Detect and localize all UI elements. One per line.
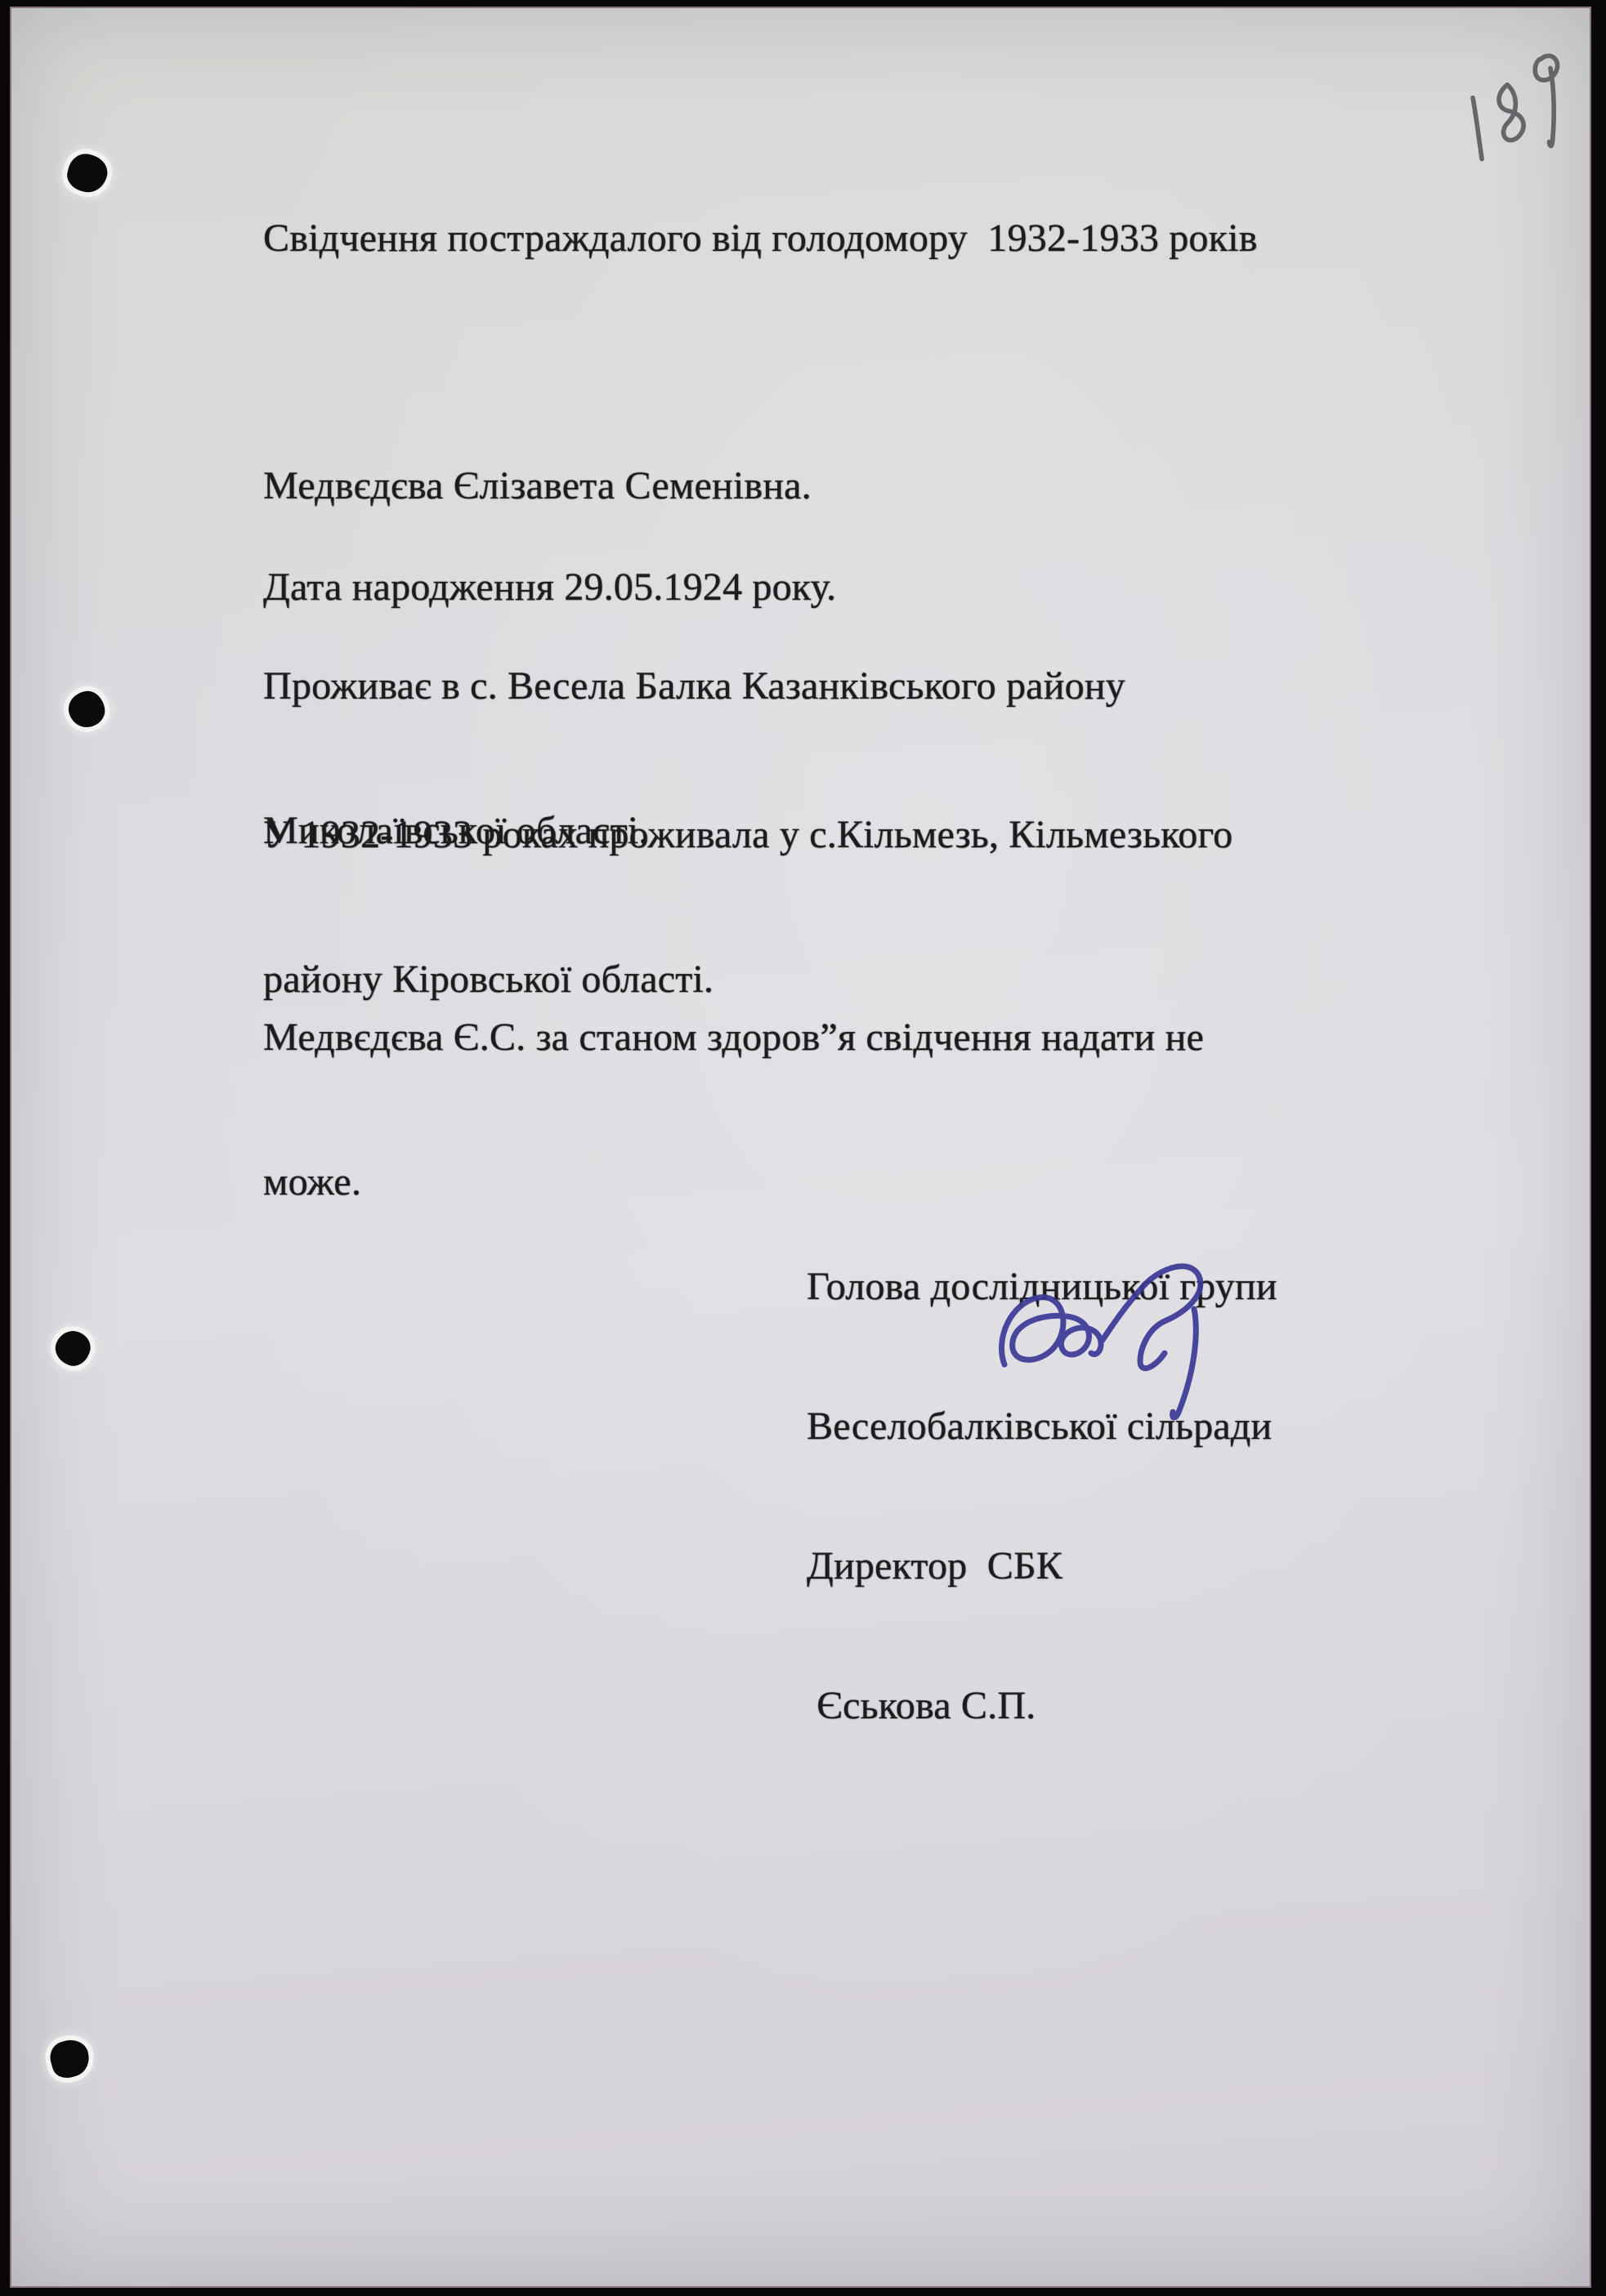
paragraph-line: Медвєдєва Є.С. за станом здоров”я свідче… [263, 1013, 1204, 1061]
paragraph-line: Проживає в с. Весела Балка Казанківськог… [263, 662, 1125, 710]
handwritten-signature [980, 1234, 1266, 1446]
punch-hole [51, 1326, 96, 1371]
document-title: Свідчення постраждалого від голодомору 1… [263, 214, 1258, 262]
punch-hole [47, 2035, 94, 2081]
punch-hole [66, 689, 107, 730]
paper-sheet: 189 Свідчення постраждалого від голодомо… [11, 8, 1590, 2286]
paragraph-line: У 1932-1933 роках проживала у с.Кільмезь… [263, 811, 1232, 859]
punch-hole [64, 150, 111, 196]
signoff-line: Єськова С.П. [807, 1682, 1277, 1729]
signoff-line: Директор СБК [807, 1543, 1277, 1589]
